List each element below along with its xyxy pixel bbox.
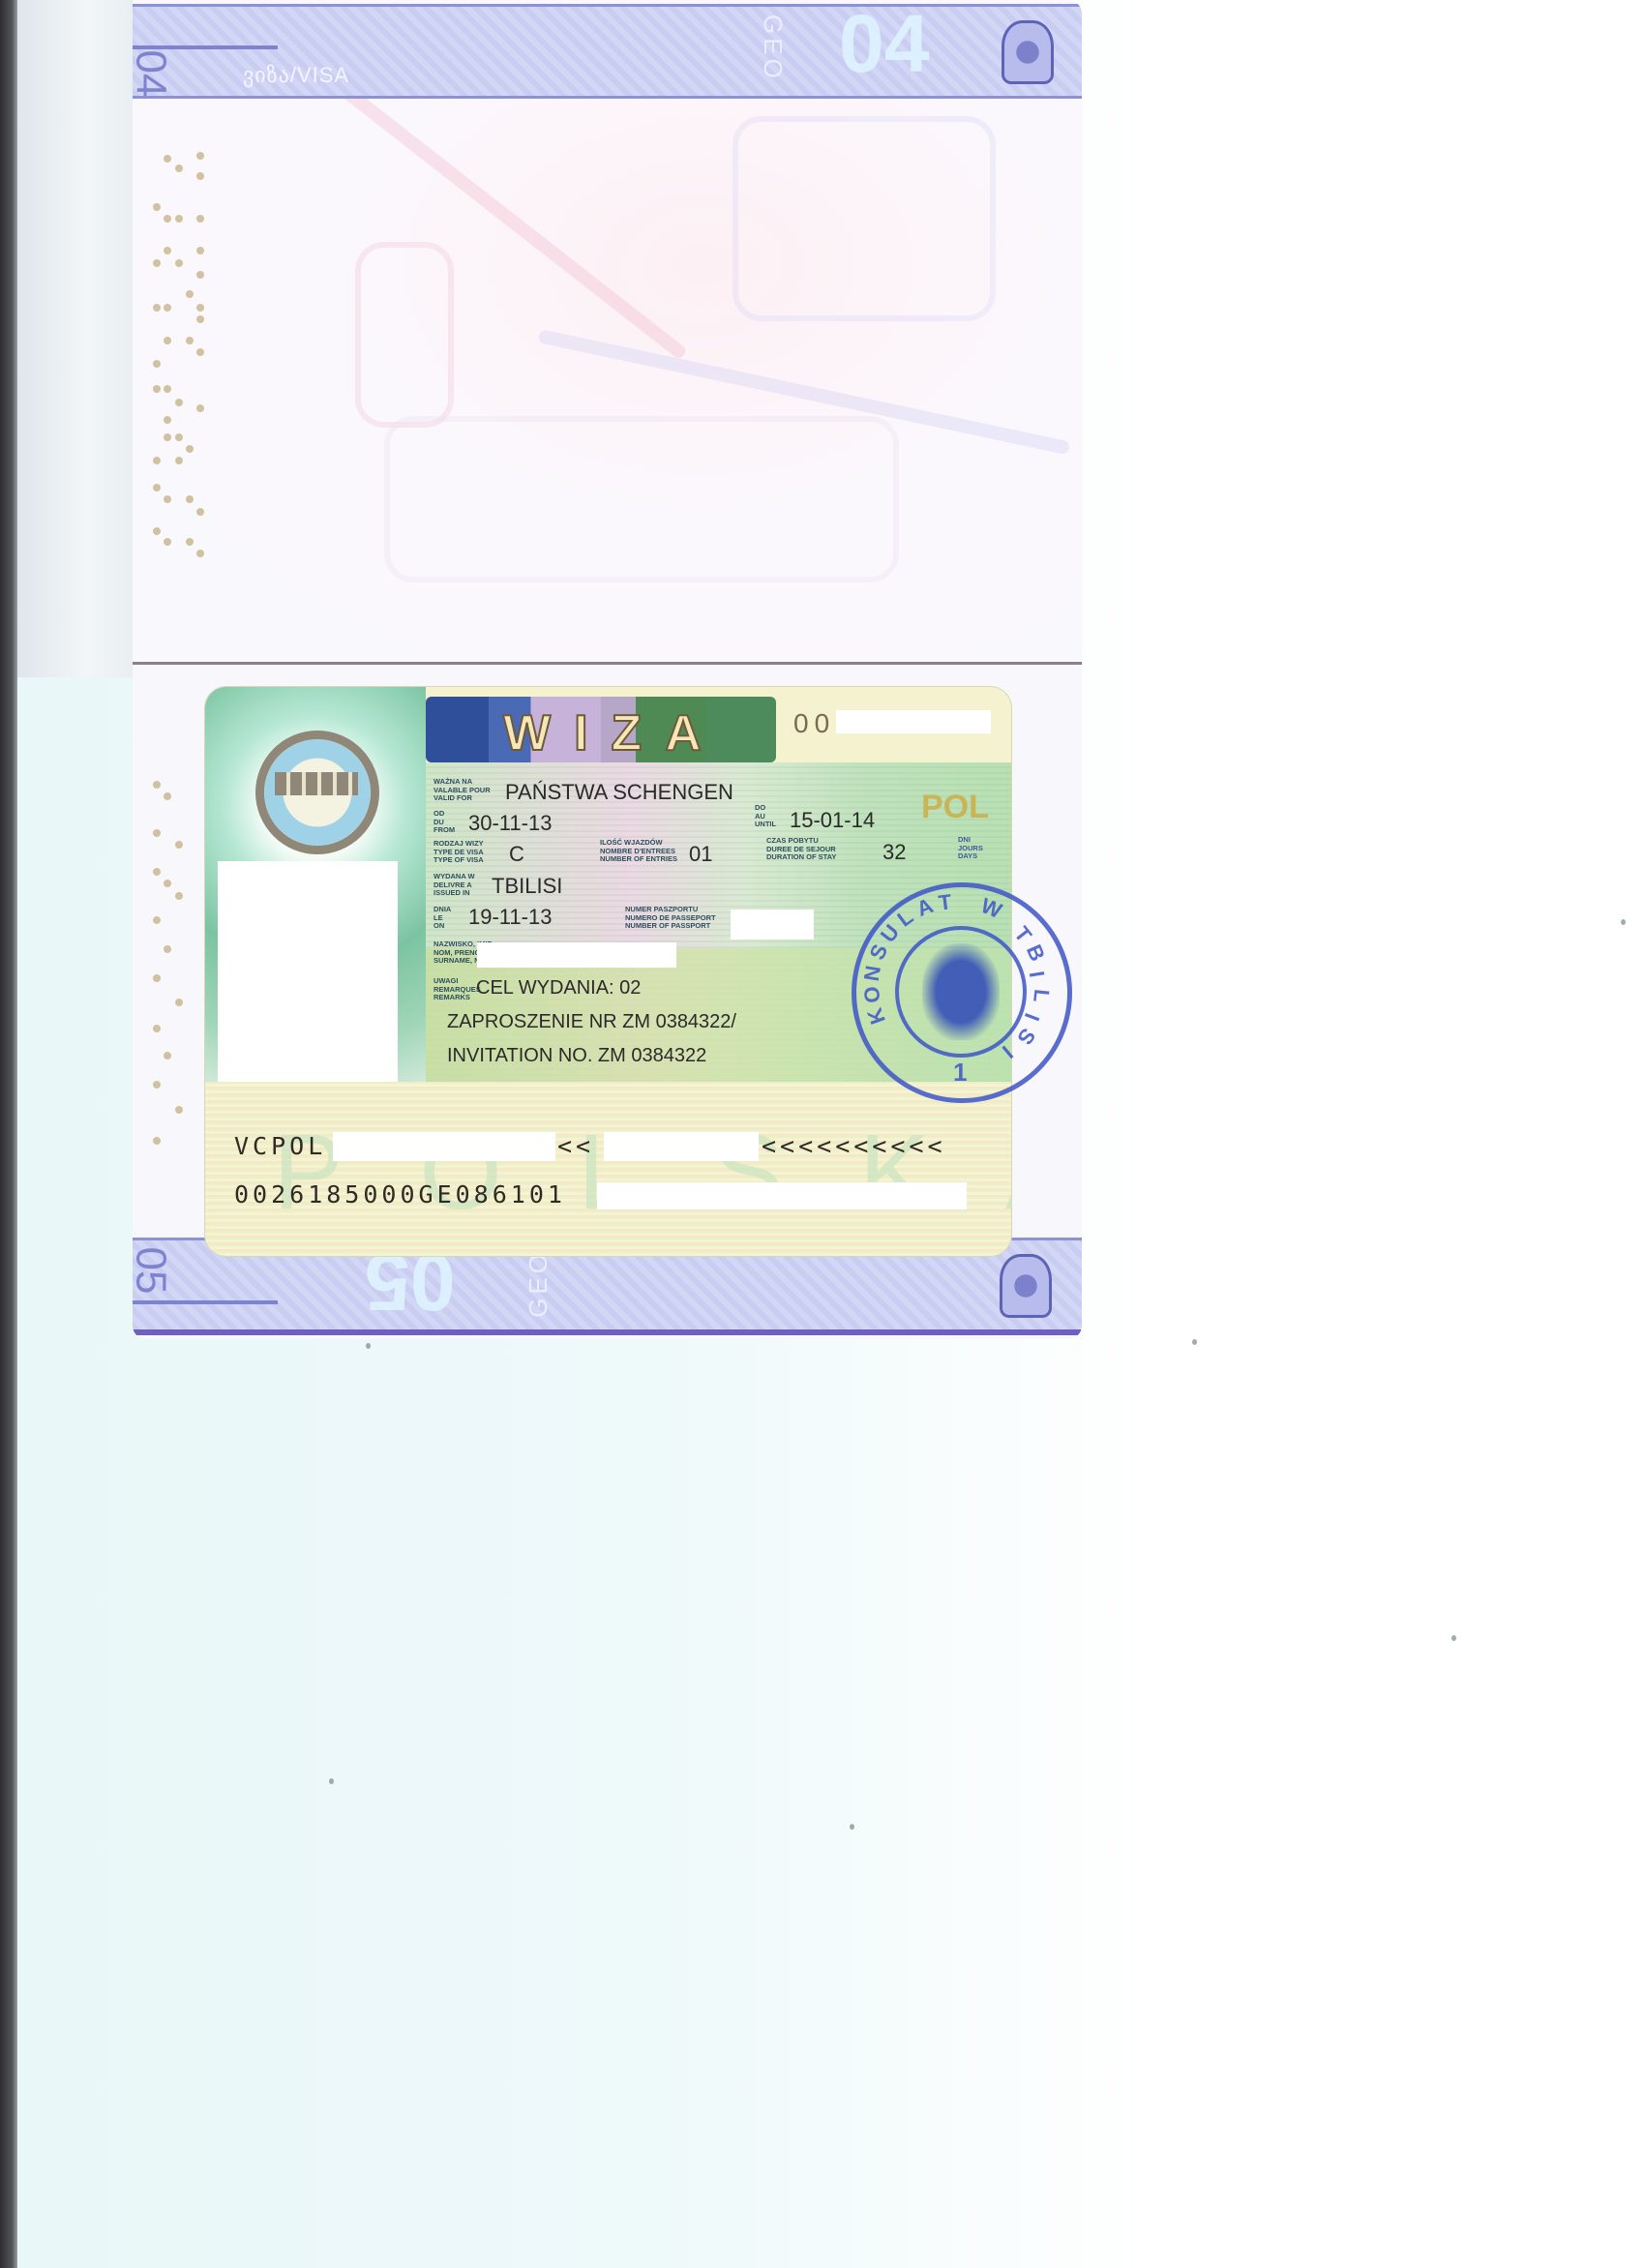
visa-title: WIZA <box>503 704 725 762</box>
from-value: 30-11-13 <box>468 811 552 836</box>
duration-label: CZAS POBYTUDUREE DE SEJOURDURATION OF ST… <box>766 837 836 862</box>
dust-speck <box>1192 1339 1197 1345</box>
entries-label: ILOŚĆ WJAZDÓWNOMBRE D'ENTREESNUMBER OF E… <box>600 839 677 864</box>
page-number: 04 <box>839 0 929 91</box>
mrz-separator: << <box>557 1132 594 1160</box>
passport-number-redacted <box>731 910 814 940</box>
valid-for-label: WAŻNA NAVALABLE POURVALID FOR <box>434 778 491 803</box>
duration-value: 32 <box>882 840 906 865</box>
mrz-line-2: 0026185000GE086101 <box>234 1180 566 1209</box>
country-code: GEO <box>523 1250 553 1318</box>
entries-value: 01 <box>689 842 712 867</box>
remarks-label: UWAGIREMARQUESREMARKS <box>434 977 481 1002</box>
valid-for-value: PAŃSTWA SCHENGEN <box>505 780 733 805</box>
issued-in-label: WYDANA WDELIVRE AISSUED IN <box>434 873 475 898</box>
mrz-name-redacted <box>333 1132 555 1161</box>
type-of-visa-value: C <box>509 842 524 867</box>
issue-date-label: DNIALEON <box>434 906 451 931</box>
visa-serial-prefix: 00 <box>793 708 835 739</box>
mrz-given-name-redacted <box>604 1132 759 1161</box>
paper-fold-shadow <box>17 0 134 677</box>
watermark-stroke <box>384 416 899 582</box>
background-word: POLSKA <box>273 1111 1011 1234</box>
dust-speck <box>1621 919 1626 925</box>
type-of-visa-label: RODZAJ WIZYTYPE DE VISATYPE OF VISA <box>434 840 484 865</box>
dust-speck <box>329 1778 334 1784</box>
remarks-line-1: CEL WYDANIA: 02 <box>476 977 641 1000</box>
issued-in-value: TBILISI <box>492 874 562 899</box>
country-code: GEO <box>758 15 788 82</box>
mrz-line-2-redacted <box>597 1182 967 1209</box>
dust-speck <box>366 1343 371 1349</box>
vertical-page-number: 04 <box>133 50 174 98</box>
passport-page-upper: 04 ვიზა/VISA GEO 04 <box>133 0 1082 663</box>
issue-date-value: 19-11-13 <box>468 905 552 930</box>
mrz-filler: <<<<<<<<<< <box>762 1132 946 1160</box>
coat-of-arms-icon <box>1000 1254 1052 1318</box>
stamp-number: 1 <box>953 1058 967 1088</box>
issuing-state: POL <box>921 789 989 826</box>
consular-stamp: KONSULAT W TBILISI 1 <box>852 882 1072 1103</box>
mrz-line-1-prefix: VCPOL <box>234 1132 326 1160</box>
duration-unit-label: DNIJOURSDAYS <box>958 836 983 861</box>
visa-serial-redacted <box>836 710 991 733</box>
from-label: ODDUFROM <box>434 810 455 835</box>
band-rule <box>133 45 278 49</box>
remarks-line-3: INVITATION NO. ZM 0384322 <box>447 1045 706 1067</box>
dust-speck <box>1451 1635 1456 1641</box>
watermark-stroke <box>733 116 996 321</box>
visa-title-band: WIZA <box>426 697 776 762</box>
remarks-line-2: ZAPROSZENIE NR ZM 0384322/ <box>447 1011 736 1033</box>
dust-speck <box>850 1824 854 1830</box>
passport-number-label: NUMER PASZPORTUNUMERO DE PASSEPORTNUMBER… <box>625 906 716 931</box>
coat-of-arms-icon <box>1002 20 1054 84</box>
until-value: 15-01-14 <box>790 808 875 833</box>
visa-band-label: ვიზა/VISA <box>243 63 349 88</box>
band-rule <box>133 1300 278 1304</box>
emblem-bar <box>275 772 358 795</box>
page-header-band: 04 ვიზა/VISA GEO 04 <box>133 4 1082 99</box>
photo-redacted <box>218 861 398 1099</box>
scanner-edge <box>0 0 17 2268</box>
until-label: DOAUUNTIL <box>755 804 776 829</box>
surname-redacted <box>477 942 676 968</box>
watermark-stroke <box>355 242 454 428</box>
vertical-page-number: 05 <box>133 1247 174 1295</box>
